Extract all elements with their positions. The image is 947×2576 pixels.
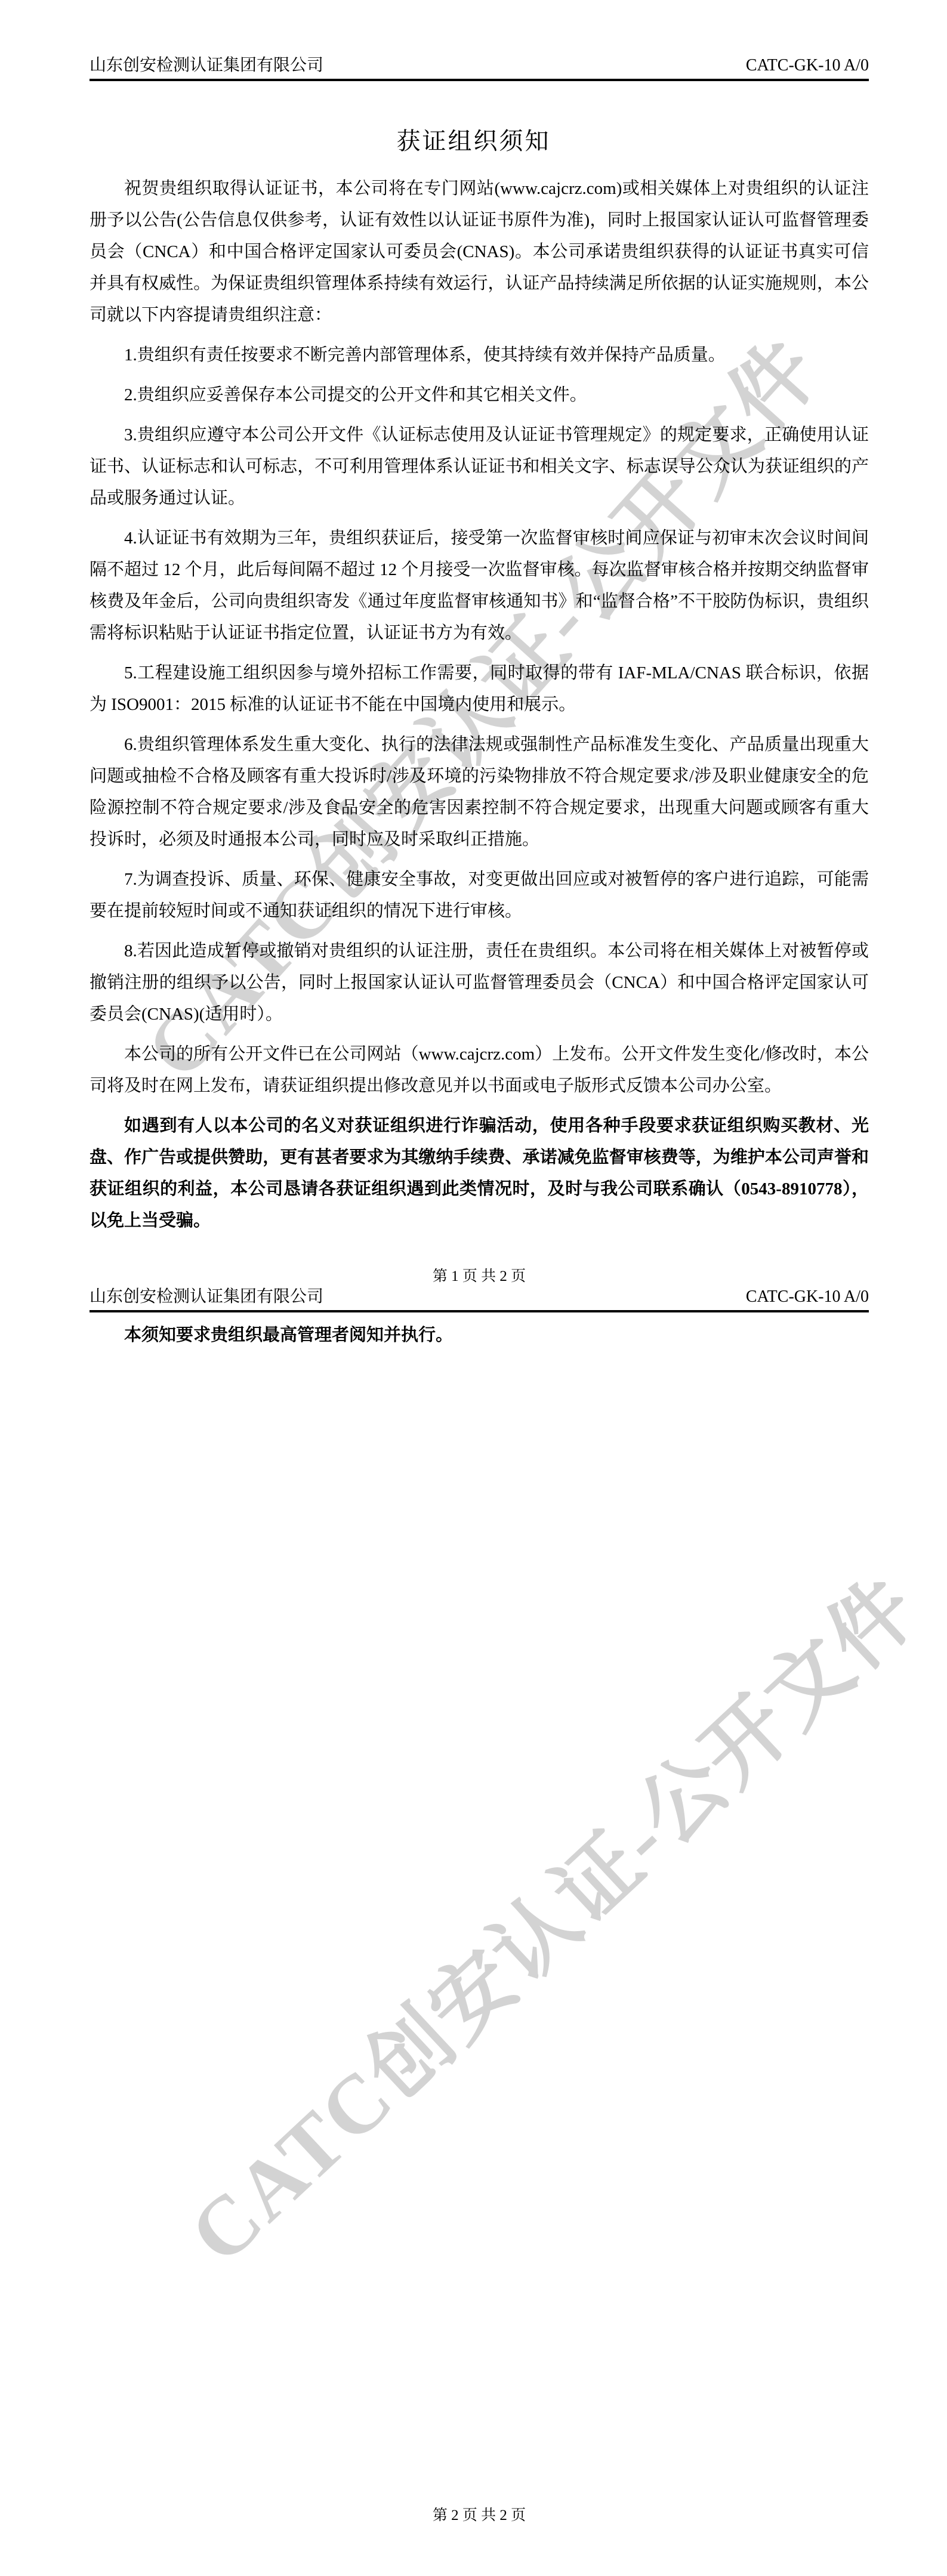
public-files-paragraph: 本公司的所有公开文件已在公司网站（www.cajcrz.com）上发布。公开文件… [90,1039,869,1102]
notice-item-3: 3.贵组织应遵守本公司公开文件《认证标志使用及认证证书管理规定》的规定要求，正确… [90,419,869,514]
page1-content: 祝贺贵组织取得认证证书，本公司将在专门网站(www.cajcrz.com)或相关… [90,173,869,1245]
doc-code: CATC-GK-10 A/0 [746,56,869,75]
doc-code: CATC-GK-10 A/0 [746,1287,869,1306]
management-notice: 本须知要求贵组织最高管理者阅知并执行。 [90,1320,869,1351]
notice-item-2: 2.贵组织应妥善保存本公司提交的公开文件和其它相关文件。 [90,379,869,411]
notice-item-1: 1.贵组织有责任按要求不断完善内部管理体系，使其持续有效并保持产品质量。 [90,339,869,371]
company-name: 山东创安检测认证集团有限公司 [90,56,323,75]
intro-paragraph: 祝贺贵组织取得认证证书，本公司将在专门网站(www.cajcrz.com)或相关… [90,173,869,331]
page1-footer: 第 1 页 共 2 页 [90,1268,869,1285]
page1-header: 山东创安检测认证集团有限公司 CATC-GK-10 A/0 [90,56,869,81]
company-name: 山东创安检测认证集团有限公司 [90,1287,323,1306]
page-title: 获证组织须知 [0,122,947,156]
notice-item-5: 5.工程建设施工组织因参与境外招标工作需要，同时取得的带有 IAF-MLA/CN… [90,657,869,721]
notice-item-7: 7.为调查投诉、质量、环保、健康安全事故，对变更做出回应或对被暂停的客户进行追踪… [90,864,869,927]
watermark-page2: CATC创安认证-公开文件 [158,1545,940,2285]
page2-footer: 第 2 页 共 2 页 [90,2507,869,2524]
page2-header: 山东创安检测认证集团有限公司 CATC-GK-10 A/0 [90,1287,869,1312]
notice-item-6: 6.贵组织管理体系发生重大变化、执行的法律法规或强制性产品标准发生变化、产品质量… [90,729,869,855]
notice-item-4: 4.认证证书有效期为三年，贵组织获证后，接受第一次监督审核时间应保证与初审末次会… [90,523,869,649]
fraud-warning-paragraph: 如遇到有人以本公司的名义对获证组织进行诈骗活动，使用各种手段要求获证组织购买教材… [90,1110,869,1237]
notice-item-8: 8.若因此造成暂停或撤销对贵组织的认证注册，责任在贵组织。本公司将在相关媒体上对… [90,935,869,1030]
